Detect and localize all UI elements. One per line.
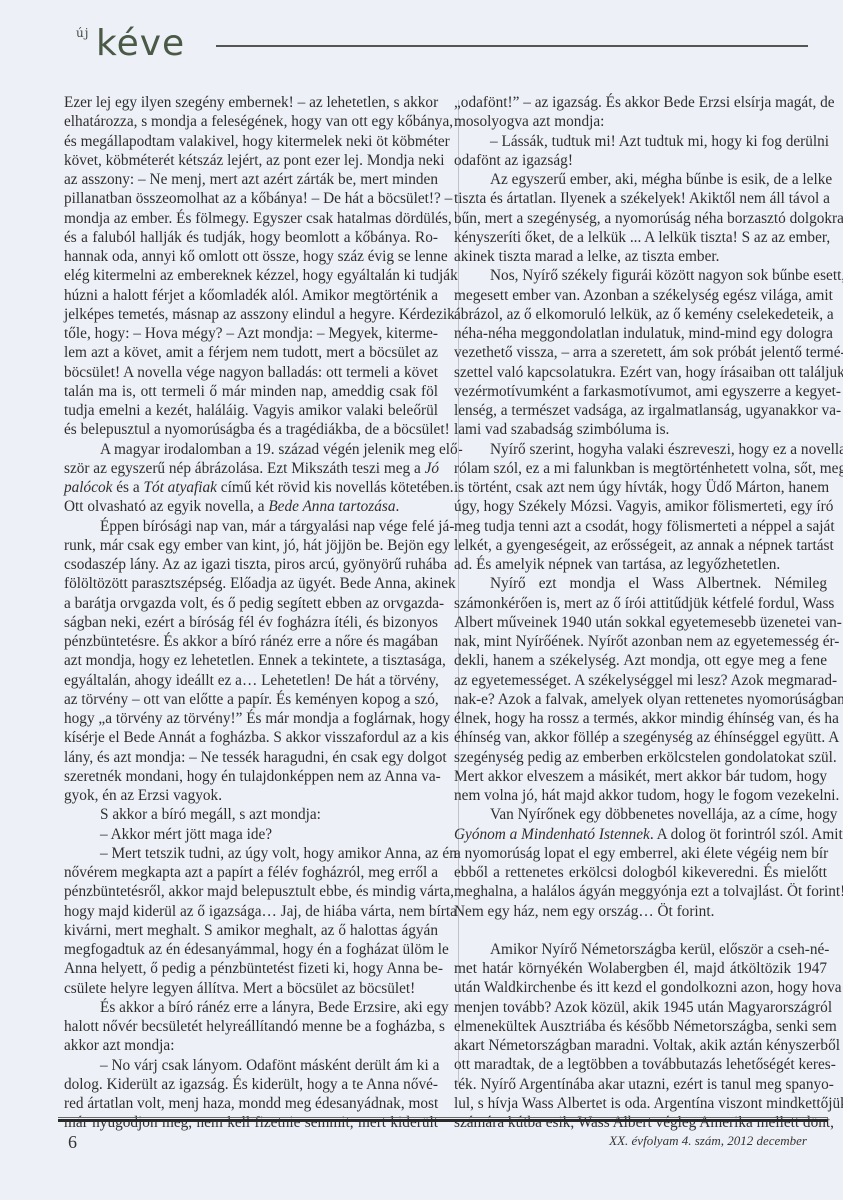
text-line: kényszeríti őket, de a lelkük ... A lelk… bbox=[454, 228, 827, 247]
text-line: ték. Nyírő Argentínába akar utazni, ezér… bbox=[454, 1075, 827, 1094]
text-line: csodaszép lány. Az az igazi tiszta, piro… bbox=[64, 555, 438, 574]
text-line: a barátja orvgazda volt, és ő pedig segí… bbox=[64, 594, 438, 613]
text-line: ságban neki, ezért a bíróság fél év fogh… bbox=[64, 613, 438, 632]
text-line: akinek tiszta marad a lelke, az tiszta e… bbox=[454, 247, 827, 266]
issue-info: XX. évfolyam 4. szám, 2012 december bbox=[609, 1133, 807, 1149]
text-line: követ, köbméterét kétszáz lejért, az pon… bbox=[64, 151, 438, 170]
text-line: met határ környékén Wolabergben él, majd… bbox=[454, 959, 827, 978]
text-line: hannak oda, annyi kő omlott ott össze, h… bbox=[64, 247, 438, 266]
text-line: vezethető vissza, – arra a szeretett, ám… bbox=[454, 343, 827, 362]
text-line: dekli, hanem a székelység. Azt mondja, o… bbox=[454, 651, 827, 670]
text-line: – Mert tetszik tudni, az úgy volt, hogy … bbox=[64, 844, 438, 863]
text-line: és a faluból hallják és tudják, hogy beo… bbox=[64, 228, 438, 247]
text-line: úgy, hogy Székely Mózsi. Vagyis, amikor … bbox=[454, 497, 827, 516]
text-line: Albert műveinek 1940 után sokkal egyetem… bbox=[454, 613, 827, 632]
header-rule bbox=[216, 45, 808, 47]
text-line: húzni a halott férjet a kőomladék alól. … bbox=[64, 286, 438, 305]
text-line: – Lássák, tudtuk mi! Azt tudtuk mi, hogy… bbox=[454, 132, 827, 151]
text-line: és megállapodtam valakivel, hogy kiterme… bbox=[64, 132, 438, 151]
text-line: elhatározza, s mondja a feleségének, hog… bbox=[64, 112, 438, 131]
text-line: bűn, mert a szegénység, a nyomorúság néh… bbox=[454, 209, 827, 228]
text-line: – No várj csak lányom. Odafönt másként d… bbox=[64, 1056, 438, 1075]
text-line: red ártatlan volt, menj haza, mondd meg … bbox=[64, 1094, 438, 1113]
text-line: pénzbüntetésre. És akkor a bíró ránéz er… bbox=[64, 632, 438, 651]
text-line: élnek, hogy ha rossz a termés, akkor min… bbox=[454, 709, 827, 728]
text-line: Nyírő szerint, hogyha valaki észreveszi,… bbox=[454, 440, 827, 459]
text-line: vezérmotívumként a farkasmotívumot, ami … bbox=[454, 382, 827, 401]
text-line: És akkor a bíró ránéz erre a lányra, Bed… bbox=[64, 998, 438, 1017]
text-line: tiszta és ártatlan. Ilyenek a székelyek!… bbox=[454, 189, 827, 208]
text-line: nem volna jó, hát majd akkor tudom, hogy… bbox=[454, 786, 827, 805]
text-line: után Waldkirchenbe és itt kezd el gondol… bbox=[454, 978, 827, 997]
text-line: Van Nyírőnek egy döbbenetes novellája, a… bbox=[454, 805, 827, 824]
text-line: dolog. Kiderült az igazság. És kiderült,… bbox=[64, 1075, 438, 1094]
text-line: hogy „a törvény az törvény!” És már mond… bbox=[64, 709, 438, 728]
text-line: éhínség van, akkor föllép a szegénység a… bbox=[454, 728, 827, 747]
text-line: egyáltalán, ahogy ideállt ez a… Lehetetl… bbox=[64, 671, 438, 690]
text-line: nak-e? Azok a falvak, amelyek olyan rett… bbox=[454, 690, 827, 709]
left-text-column: Ezer lej egy ilyen szegény embernek! – a… bbox=[64, 93, 438, 1133]
footer-rule bbox=[58, 1117, 828, 1122]
text-line: Nos, Nyírő székely figurái között nagyon… bbox=[454, 266, 827, 285]
logo-title: kéve bbox=[96, 24, 185, 64]
text-line: jelképes temetés, másnap az asszony elin… bbox=[64, 305, 438, 324]
text-line: kísérje el Bede Annát a fogházba. S akko… bbox=[64, 728, 438, 747]
text-line: A magyar irodalomban a 19. század végén … bbox=[64, 440, 438, 459]
text-line: Mert akkor elveszem a másikét, mert akko… bbox=[454, 767, 827, 786]
text-line: S akkor a bíró megáll, s azt mondja: bbox=[64, 805, 438, 824]
text-line: lány, és azt mondja: – Ne tessék haragud… bbox=[64, 748, 438, 767]
text-line: palócok és a Tót atyafiak című két rövid… bbox=[64, 478, 438, 497]
text-line: mosolyogva azt mondja: bbox=[454, 112, 827, 131]
text-line: böcsület! A novella vége nagyon balladás… bbox=[64, 363, 438, 382]
text-line: Ezer lej egy ilyen szegény embernek! – a… bbox=[64, 93, 438, 112]
text-line: nak, mint Nyírőének. Nyírőt azonban nem … bbox=[454, 632, 827, 651]
text-line: megesett ember van. Azonban a székelység… bbox=[454, 286, 827, 305]
text-line: számonkérően is, mert az ő írói attitűdj… bbox=[454, 594, 827, 613]
text-line: hogy majd kiderül az ő igazsága… Jaj, de… bbox=[64, 902, 438, 921]
text-line: csülete helyre legyen állítva. Mert a bö… bbox=[64, 979, 438, 998]
text-line: néha-néha meggondolatlan indulatuk, mind… bbox=[454, 324, 827, 343]
text-line: lami vad szabadság szimbóluma is. bbox=[454, 420, 827, 439]
text-line: szegénység pedig az emberben erkölcstele… bbox=[454, 748, 827, 767]
text-line: lem azt a követ, amit a férjem nem tudot… bbox=[64, 343, 438, 362]
text-line: ad. És amelyik népnek van tartása, az le… bbox=[454, 555, 827, 574]
text-line: halott nővér becsületét helyreállítandó … bbox=[64, 1017, 438, 1036]
text-line: Nem egy ház, nem egy ország… Öt forint. bbox=[454, 902, 827, 921]
right-text-column: „odafönt!” – az igazság. És akkor Bede E… bbox=[454, 93, 827, 1132]
text-line: az törvény – ott van előtte a papír. És … bbox=[64, 690, 438, 709]
text-line: runk, már csak egy ember van kint, jó, h… bbox=[64, 536, 438, 555]
text-line: talán ma is, ott termeli ő már minden na… bbox=[64, 382, 438, 401]
text-line: elmenekültek Ausztriába és később Németo… bbox=[454, 1017, 827, 1036]
text-line: elég kitermelni az embereknek kézzel, ho… bbox=[64, 266, 438, 285]
text-line: „odafönt!” – az igazság. És akkor Bede E… bbox=[454, 93, 827, 112]
masthead: új kéve bbox=[68, 18, 808, 68]
text-line: akart Németországban maradni. Voltak, ak… bbox=[454, 1036, 827, 1055]
text-line: és belepusztul a nyomorúságba és a tragé… bbox=[64, 420, 438, 439]
text-line: mondja az ember. És fölmegy. Egyszer csa… bbox=[64, 209, 438, 228]
text-line: ebből a rettenetes erkölcsi dologból kik… bbox=[454, 863, 827, 882]
text-line: megfogadtuk az én édesanyámmal, hogy én … bbox=[64, 940, 438, 959]
text-line: fölöltözött parasztszépség. Előadja az ü… bbox=[64, 574, 438, 593]
text-line: tőle, hogy: – Hova mégy? – Azt mondja: –… bbox=[64, 324, 438, 343]
text-line: a nyomorúság lopat el egy emberrel, aki … bbox=[454, 844, 827, 863]
text-line: Éppen bírósági nap van, már a tárgyalási… bbox=[64, 517, 438, 536]
text-line: Nyírő ezt mondja el Wass Albertnek. Némi… bbox=[454, 574, 827, 593]
text-line: ott maradtak, de a legtöbben a továbbuta… bbox=[454, 1055, 827, 1074]
text-line: pénzbüntetésről, akkor majd belepusztult… bbox=[64, 882, 438, 901]
text-line: Amikor Nyírő Németországba kerül, előszö… bbox=[454, 940, 827, 959]
text-line: is történt, csak azt nem úgy hívták, hog… bbox=[454, 478, 827, 497]
text-line: nővérem megkapta azt a papírt a félév fo… bbox=[64, 863, 438, 882]
text-line: Anna helyett, ő pedig a pénzbüntetést fi… bbox=[64, 959, 438, 978]
text-line: – Akkor mért jött maga ide? bbox=[64, 825, 438, 844]
text-line: meg tudja tenni azt a csodát, hogy fölis… bbox=[454, 517, 827, 536]
text-line: az egyetemességet. A székelységgel mi le… bbox=[454, 671, 827, 690]
text-line: Az egyszerű ember, aki, mégha bűnbe is e… bbox=[454, 170, 827, 189]
text-line: akkor azt mondja: bbox=[64, 1036, 438, 1055]
text-line: Gyónom a Mindenható Istennek. A dolog öt… bbox=[454, 825, 827, 844]
text-line: ször az egyszerű nép ábrázolása. Ezt Mik… bbox=[64, 459, 438, 478]
logo-prefix: új bbox=[76, 26, 89, 40]
text-line: rólam szól, ez a mi falunkban is megtört… bbox=[454, 459, 827, 478]
text-line: szeretnék mondani, hogy én tulajdonképpe… bbox=[64, 767, 438, 786]
text-line: meghalna, a halálos ágyán meggyónja ezt … bbox=[454, 882, 827, 901]
text-line: lul, s hívja Wass Albertet is oda. Argen… bbox=[454, 1094, 827, 1113]
text-line: menjen tovább? Azok közül, akik 1945 utá… bbox=[454, 998, 827, 1017]
text-line: odafönt az igazság! bbox=[454, 151, 827, 170]
text-line: számára kútba esik, Wass Albert végleg A… bbox=[454, 1113, 827, 1132]
text-line: az asszony: – Ne menj, mert azt azért zá… bbox=[64, 170, 438, 189]
text-line: tudja emelni a kezét, haláláig. Vagyis a… bbox=[64, 401, 438, 420]
text-line: azt mondja, hogy ez lehetetlen. Ennek a … bbox=[64, 651, 438, 670]
text-line: Ott olvasható az egyik novella, a Bede A… bbox=[64, 497, 438, 516]
text-line: kivárni, mert meghalt. S amikor meghalt,… bbox=[64, 921, 438, 940]
text-line: lelkét, a gyengeségeit, az erősségeit, a… bbox=[454, 536, 827, 555]
text-line: szettel való kapcsolatukra. Ezért van, h… bbox=[454, 363, 827, 382]
text-line: ábrázol, az ő elkomoruló lelkük, az ő ke… bbox=[454, 305, 827, 324]
page-number: 6 bbox=[68, 1132, 77, 1153]
text-line: pillanatban összeomolhat az a kőbánya! –… bbox=[64, 189, 438, 208]
text-line: gyok, én az Erzsi vagyok. bbox=[64, 786, 438, 805]
text-line: lenség, a természet vadsága, az irgalmat… bbox=[454, 401, 827, 420]
